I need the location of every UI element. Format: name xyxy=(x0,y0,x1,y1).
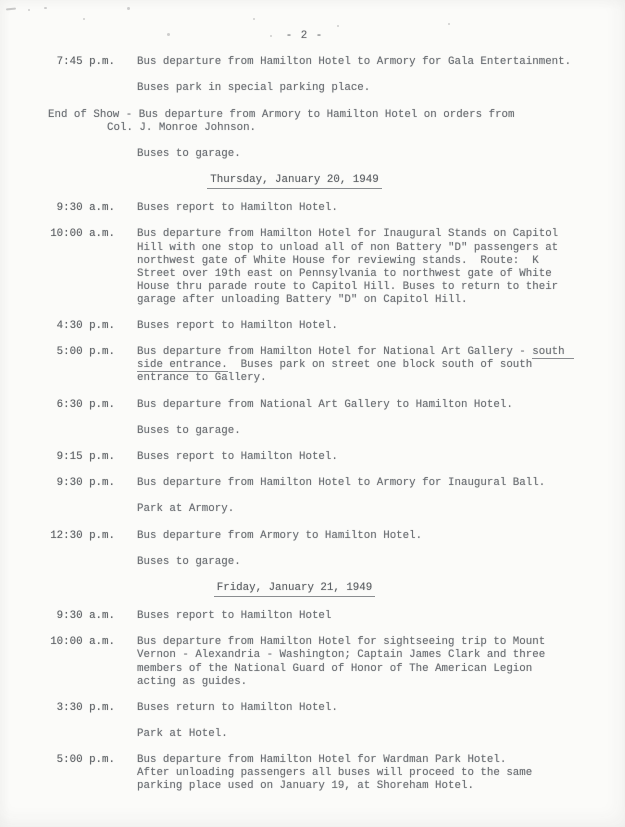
entry-body: Bus departure from Hamilton Hotel for Na… xyxy=(137,346,589,385)
body-line: Bus departure from Hamilton Hotel for si… xyxy=(137,636,589,649)
body-line: Buses return to Hamilton Hotel. xyxy=(137,702,589,715)
entry-time: 10:00 a.m. xyxy=(48,228,137,241)
entry-paragraph: Buses to garage. xyxy=(137,425,589,438)
entry-paragraph: Park at Armory. xyxy=(137,503,589,516)
entry-paragraph: Buses report to Hamilton Hotel. xyxy=(137,451,589,464)
body-line: Buses park in special parking place. xyxy=(137,82,589,95)
entry-time: 5:00 p.m. xyxy=(48,346,137,359)
entry-paragraph: End of Show - Bus departure from Armory … xyxy=(48,109,589,135)
page-content: - 2 - 7:45 p.m. Bus departure from Hamil… xyxy=(0,0,625,793)
entry-time: 9:30 a.m. xyxy=(48,202,137,215)
body-line: Buses to garage. xyxy=(137,425,589,438)
entry-time: 10:00 a.m. xyxy=(48,636,137,649)
entry-body: End of Show - Bus departure from Armory … xyxy=(48,109,589,161)
body-line: Col. J. Monroe Johnson. xyxy=(107,122,589,135)
body-line: Bus departure from Hamilton Hotel for Na… xyxy=(137,346,589,359)
scan-speck xyxy=(270,35,272,37)
entry-time: 12:30 p.m. xyxy=(48,530,137,543)
page-number: - 2 - xyxy=(286,30,323,43)
body-line: Park at Armory. xyxy=(137,503,589,516)
schedule-entry: End of Show - Bus departure from Armory … xyxy=(48,109,589,161)
body-line: Bus departure from Hamilton Hotel to Arm… xyxy=(137,56,589,69)
body-line: House thru parade route to Capitol Hill.… xyxy=(137,281,589,294)
body-line: Street over 19th east on Pennsylvania to… xyxy=(137,268,589,281)
scan-speck xyxy=(44,7,47,9)
entry-paragraph: Bus departure from Hamilton Hotel for In… xyxy=(137,228,589,307)
body-line: Bus departure from Hamilton Hotel for In… xyxy=(137,228,589,241)
entry-paragraph: Bus departure from Hamilton Hotel to Arm… xyxy=(137,477,589,490)
body-line: Buses report to Hamilton Hotel. xyxy=(137,320,589,333)
scan-speck xyxy=(83,18,85,20)
entry-time: 3:30 p.m. xyxy=(48,702,137,715)
entry-body: Bus departure from Hamilton Hotel to Arm… xyxy=(137,477,589,516)
entry-body: Buses report to Hamilton Hotel. xyxy=(137,202,589,215)
entry-paragraph: Bus departure from Hamilton Hotel to Arm… xyxy=(137,56,589,69)
underlined-text: south xyxy=(532,346,573,359)
scan-speck xyxy=(127,7,130,10)
body-line: Bus departure from Hamilton Hotel to Arm… xyxy=(137,477,589,490)
body-line: End of Show - Bus departure from Armory … xyxy=(48,109,589,122)
entry-body: Buses report to Hamilton Hotel. xyxy=(137,320,589,333)
scan-speck xyxy=(28,9,30,11)
entry-body: Bus departure from Hamilton Hotel for Wa… xyxy=(137,754,589,793)
schedule-entry: 9:15 p.m. Buses report to Hamilton Hotel… xyxy=(48,451,589,464)
entry-paragraph: Buses report to Hamilton Hotel. xyxy=(137,320,589,333)
entry-time: 9:30 a.m. xyxy=(48,610,137,623)
entry-body: Buses report to Hamilton Hotel. xyxy=(137,451,589,464)
schedule-entry: 5:00 p.m. Bus departure from Hamilton Ho… xyxy=(48,754,589,793)
body-line: Bus departure from National Art Gallery … xyxy=(137,399,589,412)
scan-speck xyxy=(448,23,450,25)
entry-paragraph: Bus departure from Hamilton Hotel for Na… xyxy=(137,346,589,385)
schedule-entry: 6:30 p.m. Bus departure from National Ar… xyxy=(48,399,589,438)
section-heading-thursday: Thursday, January 20, 1949 xyxy=(207,174,381,189)
body-line: side entrance. Buses park on street one … xyxy=(137,359,589,372)
body-line: Bus departure from Armory to Hamilton Ho… xyxy=(137,530,589,543)
entry-time: 9:15 p.m. xyxy=(48,451,137,464)
schedule-entry: 9:30 p.m. Bus departure from Hamilton Ho… xyxy=(48,477,589,516)
entry-paragraph: Buses report to Hamilton Hotel. xyxy=(137,202,589,215)
schedule-entry: 10:00 a.m. Bus departure from Hamilton H… xyxy=(48,228,589,307)
entry-paragraph: Buses park in special parking place. xyxy=(137,82,589,95)
body-line: northwest gate of White House for review… xyxy=(137,255,589,268)
entry-paragraph: Buses to garage. xyxy=(137,148,589,161)
body-line: entrance to Gallery. xyxy=(137,372,589,385)
entry-paragraph: Bus departure from Armory to Hamilton Ho… xyxy=(137,530,589,543)
schedule-entry: 5:00 p.m. Bus departure from Hamilton Ho… xyxy=(48,346,589,385)
schedule-entry: 10:00 a.m. Bus departure from Hamilton H… xyxy=(48,636,589,688)
entry-body: Buses return to Hamilton Hotel. Park at … xyxy=(137,702,589,741)
entry-time: 7:45 p.m. xyxy=(48,56,137,69)
entry-time: 6:30 p.m. xyxy=(48,399,137,412)
entry-body: Bus departure from Hamilton Hotel for In… xyxy=(137,228,589,307)
entry-body: Bus departure from Hamilton Hotel for si… xyxy=(137,636,589,688)
body-line: Buses report to Hamilton Hotel xyxy=(137,610,589,623)
entry-time: 4:30 p.m. xyxy=(48,320,137,333)
body-line: acting as guides. xyxy=(137,676,589,689)
entry-paragraph: Buses return to Hamilton Hotel. xyxy=(137,702,589,715)
entry-paragraph: Buses report to Hamilton Hotel xyxy=(137,610,589,623)
entry-paragraph: Bus departure from Hamilton Hotel for si… xyxy=(137,636,589,688)
body-line: Buses to garage. xyxy=(137,556,589,569)
entry-body: Bus departure from National Art Gallery … xyxy=(137,399,589,438)
schedule-entry: 7:45 p.m. Bus departure from Hamilton Ho… xyxy=(48,56,589,95)
scan-speck xyxy=(167,33,170,36)
scan-speck xyxy=(253,18,255,20)
entry-time: 9:30 p.m. xyxy=(48,477,137,490)
entry-time: 5:00 p.m. xyxy=(48,754,137,767)
body-line: Hill with one stop to unload all of non … xyxy=(137,242,589,255)
scanned-page: - 2 - 7:45 p.m. Bus departure from Hamil… xyxy=(0,0,625,827)
body-line: After unloading passengers all buses wil… xyxy=(137,767,589,780)
entry-body: Bus departure from Hamilton Hotel to Arm… xyxy=(137,56,589,95)
body-line: parking place used on January 19, at Sho… xyxy=(137,780,589,793)
section-heading-friday: Friday, January 21, 1949 xyxy=(214,582,376,597)
body-line: Vernon - Alexandria - Washington; Captai… xyxy=(137,649,589,662)
schedule-entry: 4:30 p.m. Buses report to Hamilton Hotel… xyxy=(48,320,589,333)
body-text: Buses park on street one block south of … xyxy=(228,359,533,371)
schedule-entry: 9:30 a.m. Buses report to Hamilton Hotel… xyxy=(48,202,589,215)
body-line: Park at Hotel. xyxy=(137,728,589,741)
schedule-entry: 12:30 p.m. Bus departure from Armory to … xyxy=(48,530,589,569)
body-line: members of the National Guard of Honor o… xyxy=(137,663,589,676)
schedule-entry: 3:30 p.m. Buses return to Hamilton Hotel… xyxy=(48,702,589,741)
entry-body: Buses report to Hamilton Hotel xyxy=(137,610,589,623)
entry-paragraph: Bus departure from Hamilton Hotel for Wa… xyxy=(137,754,589,793)
entry-paragraph: Park at Hotel. xyxy=(137,728,589,741)
body-line: Bus departure from Hamilton Hotel for Wa… xyxy=(137,754,589,767)
underlined-text: side entrance. xyxy=(137,359,228,372)
entry-body: Bus departure from Armory to Hamilton Ho… xyxy=(137,530,589,569)
scan-speck xyxy=(337,25,339,27)
body-line: Buses report to Hamilton Hotel. xyxy=(137,451,589,464)
entry-paragraph: Buses to garage. xyxy=(137,556,589,569)
body-line: garage after unloading Battery "D" on Ca… xyxy=(137,294,589,307)
body-text: Bus departure from Hamilton Hotel for Na… xyxy=(137,346,532,358)
entry-paragraph: Bus departure from National Art Gallery … xyxy=(137,399,589,412)
body-text: entrance to Gallery. xyxy=(137,372,267,384)
schedule-entry: 9:30 a.m. Buses report to Hamilton Hotel xyxy=(48,610,589,623)
body-line: Buses report to Hamilton Hotel. xyxy=(137,202,589,215)
body-line: Buses to garage. xyxy=(137,148,589,161)
